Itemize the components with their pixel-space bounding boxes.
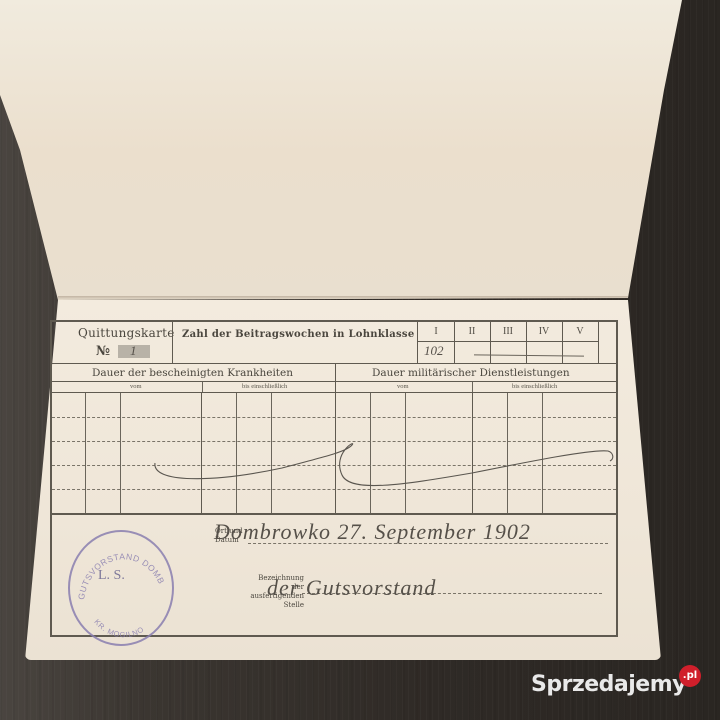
section-illness-title: Dauer der bescheinigten Krankheiten xyxy=(92,367,293,379)
illness-to-label: bis einschließlich xyxy=(242,383,287,390)
weeks-header: Zahl der Beitragswochen in Lohnklasse xyxy=(182,329,415,340)
brand-badge: .pl xyxy=(679,665,701,687)
subheader-separator xyxy=(52,381,616,382)
number-label: № xyxy=(96,344,110,359)
wage-class-value-I: 102 xyxy=(424,343,444,359)
official-stamp: GUTSVORSTAND DOMBROWKO KR. MOGILNO L. S. xyxy=(68,530,174,646)
header-separator xyxy=(52,363,616,364)
strike-through-curve xyxy=(52,393,616,513)
wage-class-label: III xyxy=(490,326,526,337)
stamp-ring-text: GUTSVORSTAND DOMBROWKO KR. MOGILNO xyxy=(68,530,174,646)
svg-text:GUTSVORSTAND DOMBROWKO: GUTSVORSTAND DOMBROWKO xyxy=(68,530,167,600)
blank-upper-page xyxy=(0,0,720,302)
brand-watermark: Sprzedajemy xyxy=(531,672,686,697)
card-title: Quittungskarte xyxy=(78,326,175,340)
divider xyxy=(172,322,173,363)
fold-shadow xyxy=(58,296,628,300)
grid-bottom-line xyxy=(52,513,616,515)
svg-text:KR. MOGILNO: KR. MOGILNO xyxy=(92,617,145,639)
number-field: 1 xyxy=(118,345,150,358)
issuer-value: der Gutsvorstand xyxy=(267,575,436,601)
wage-class-label: V xyxy=(562,326,598,337)
stamp-center-text: L. S. xyxy=(98,568,125,584)
military-to-label: bis einschließlich xyxy=(512,383,557,390)
number-value: 1 xyxy=(130,343,137,359)
wage-class-label: I xyxy=(418,326,454,337)
section-military-title: Dauer militärischer Dienstleistungen xyxy=(372,367,570,379)
place-date-value: Dombrowko 27. September 1902 xyxy=(214,519,531,545)
wage-class-label: IV xyxy=(526,326,562,337)
wage-class-grid: I II III IV V 102 xyxy=(418,322,598,363)
illness-from-label: vom xyxy=(130,383,142,390)
wage-class-label: II xyxy=(454,326,490,337)
military-from-label: vom xyxy=(397,383,409,390)
